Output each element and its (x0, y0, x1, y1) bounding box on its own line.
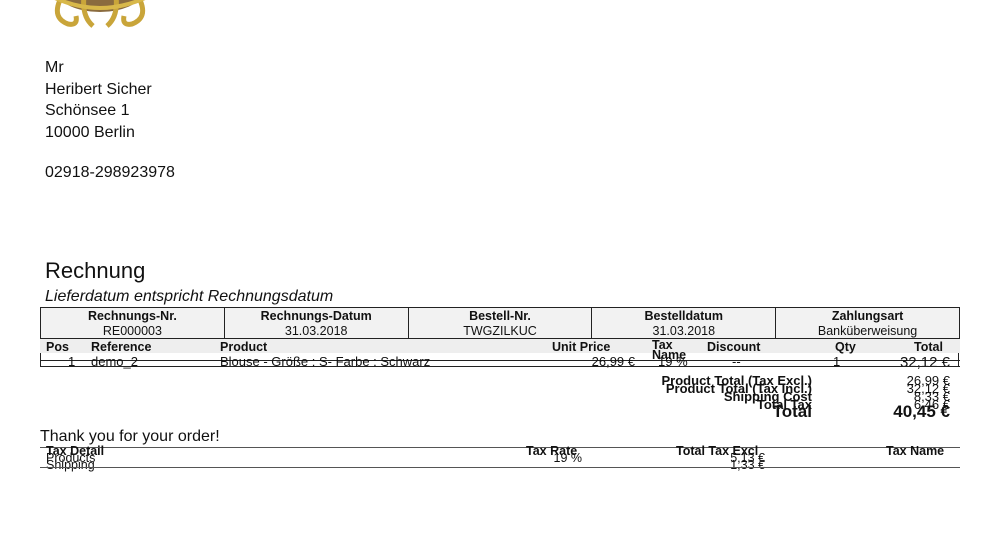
invoice-title: Rechnung (45, 258, 145, 284)
col-total: Total (914, 340, 943, 354)
items-header-bg (40, 339, 960, 353)
customer-street: Schönsee 1 (45, 100, 152, 122)
col-pos: Pos (46, 340, 69, 354)
tax-col-name: Tax Name (886, 444, 944, 458)
tax-line-top (40, 447, 960, 448)
row-border-left (40, 353, 41, 367)
header-label: Bestell-Nr. (409, 309, 592, 324)
header-cell-invoice-date: Rechnungs-Datum 31.03.2018 (225, 308, 409, 338)
customer-name: Heribert Sicher (45, 79, 152, 101)
col-qty: Qty (835, 340, 856, 354)
row-total: 32,12 € (850, 354, 950, 371)
row-line-bottom (40, 366, 960, 367)
header-value: Banküberweisung (776, 324, 959, 339)
invoice-header-table: Rechnungs-Nr. RE000003 Rechnungs-Datum 3… (40, 307, 960, 339)
invoice-subtitle: Lieferdatum entspricht Rechnungsdatum (45, 288, 333, 306)
customer-salutation: Mr (45, 57, 152, 79)
row-line-top (40, 360, 960, 361)
header-label: Zahlungsart (776, 309, 959, 324)
header-value: 31.03.2018 (225, 324, 408, 339)
header-label: Rechnungs-Datum (225, 309, 408, 324)
col-product: Product (220, 340, 267, 354)
ornamental-logo-icon (50, 0, 150, 32)
customer-phone: 02918-298923978 (45, 164, 175, 182)
col-reference: Reference (91, 340, 151, 354)
customer-city: 10000 Berlin (45, 122, 152, 144)
col-unit-price: Unit Price (552, 340, 610, 354)
header-cell-invoice-number: Rechnungs-Nr. RE000003 (41, 308, 225, 338)
header-label: Rechnungs-Nr. (41, 309, 224, 324)
tax-row-total-excl: 1,33 € (665, 458, 765, 472)
header-value: TWGZILKUC (409, 324, 592, 339)
header-value: RE000003 (41, 324, 224, 339)
total-value: 40,45 € (850, 402, 950, 422)
header-value: 31.03.2018 (592, 324, 775, 339)
tax-row-rate: 19 % (482, 451, 582, 465)
header-cell-payment-method: Zahlungsart Banküberweisung (776, 308, 959, 338)
header-label: Bestelldatum (592, 309, 775, 324)
customer-address: Mr Heribert Sicher Schönsee 1 10000 Berl… (45, 57, 152, 143)
header-cell-order-date: Bestelldatum 31.03.2018 (592, 308, 776, 338)
header-cell-order-number: Bestell-Nr. TWGZILKUC (409, 308, 593, 338)
total-label: Total (612, 402, 812, 422)
tax-row-detail: Shipping (46, 458, 95, 472)
row-border-right (958, 353, 959, 367)
tax-line-bottom (40, 467, 960, 468)
col-discount: Discount (707, 340, 760, 354)
